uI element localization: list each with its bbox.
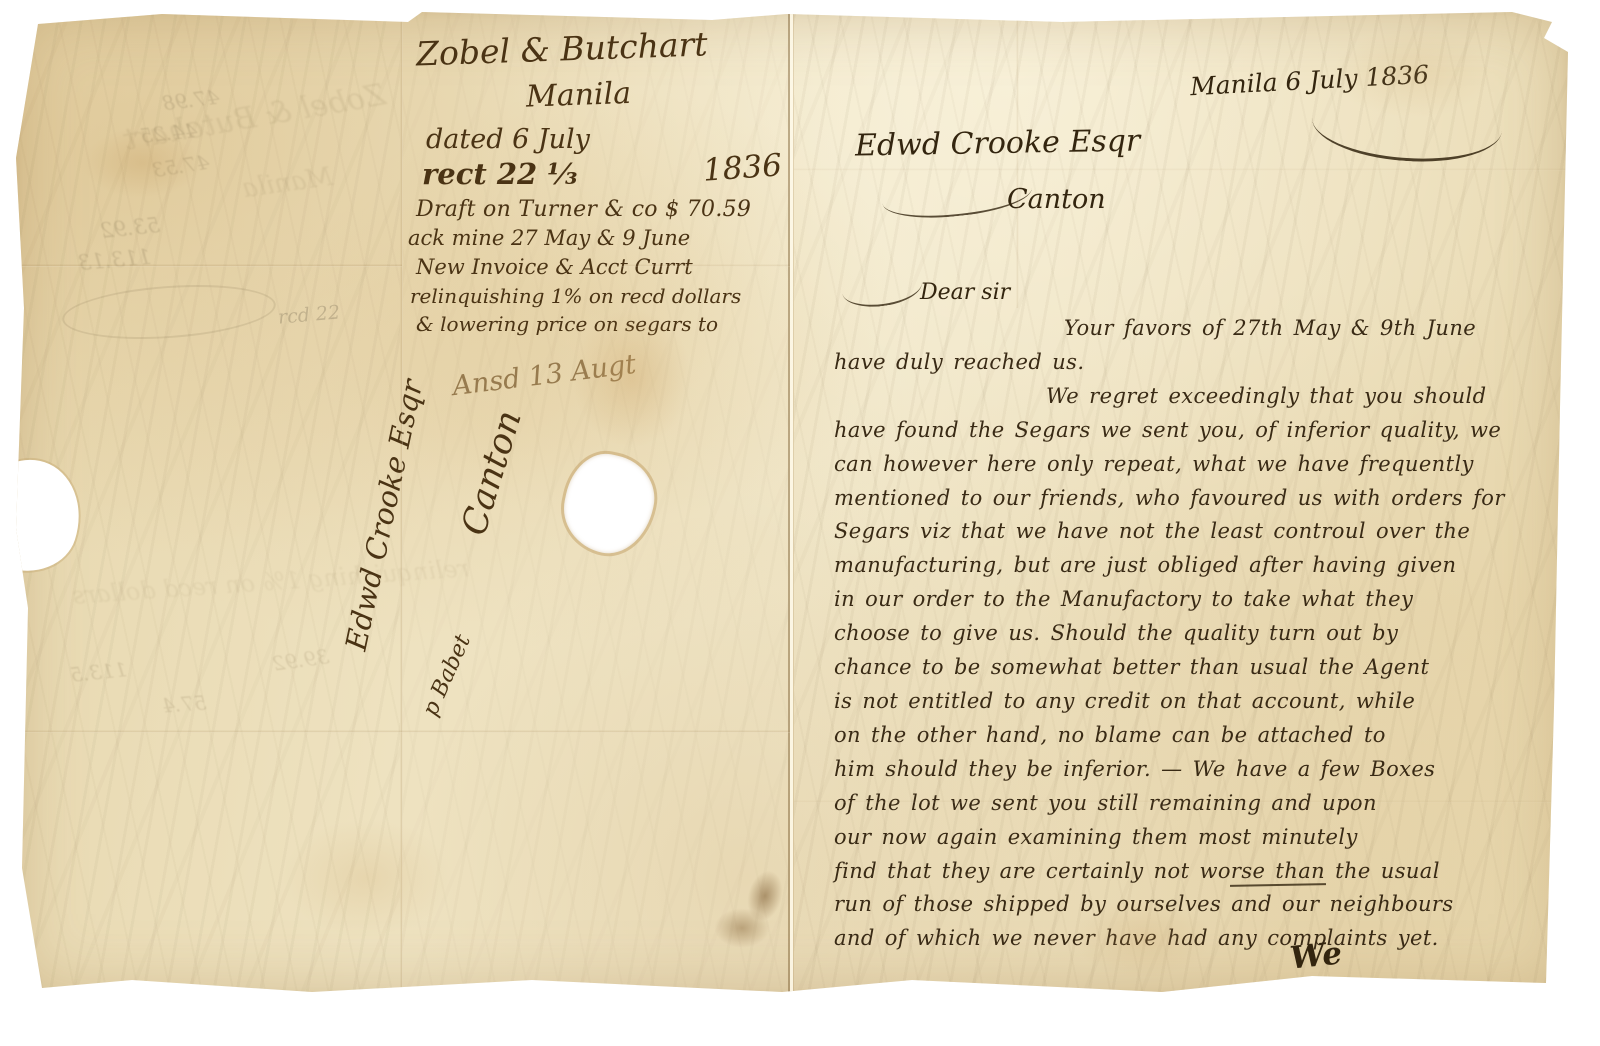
catchword: We xyxy=(1288,935,1343,976)
ghost-number: 39.92 xyxy=(271,644,331,676)
fold-crease xyxy=(12,730,790,733)
ghost-docket-line: relinquishing 1% on recd dollars xyxy=(72,554,470,610)
paper-stain xyxy=(282,818,452,938)
body-line: him should they be inferior. — We have a… xyxy=(834,753,1564,787)
ghost-number: 57.4 xyxy=(161,690,207,717)
docket-block: Zobel & Butchart Manila dated 6 July rec… xyxy=(416,28,788,336)
body-line: chance to be somewhat better than usual … xyxy=(834,651,1564,685)
letter-body: Your favors of 27th May & 9th June have … xyxy=(834,312,1564,956)
docket-invoice: New Invoice & Acct Currt xyxy=(416,255,788,279)
dateline: Manila 6 July 1836 xyxy=(1189,60,1429,101)
body-line: have duly reached us. xyxy=(834,346,1564,380)
body-line: run of those shipped by ourselves and ou… xyxy=(834,888,1564,922)
paper-tear-left-edge xyxy=(0,447,95,585)
dateline-flourish xyxy=(1310,81,1505,167)
salutation: Dear sir xyxy=(920,280,1010,305)
body-line: find that they are certainly not worse t… xyxy=(834,855,1564,889)
fold-crease xyxy=(794,168,1572,171)
docket-relinquish: relinquishing 1% on recd dollars xyxy=(410,284,788,308)
address-name-rotated: Edwd Crooke Esqr xyxy=(336,365,432,666)
ghost-number: 47.53 xyxy=(150,150,210,183)
docket-sender: Zobel & Butchart xyxy=(415,22,788,74)
ghost-docket-line: Manila xyxy=(240,162,334,204)
recipient-city: Canton xyxy=(1007,184,1106,215)
letter-paper: Zobel & Butchart Manila relinquishing 1%… xyxy=(12,8,1572,998)
body-line: our now again examining them most minute… xyxy=(834,821,1564,855)
body-line: choose to give us. Should the quality tu… xyxy=(834,617,1564,651)
docket-lowering: & lowering price on segars to xyxy=(416,312,788,336)
docket-date-group: dated 6 July rect 22 ⅓ 1836 xyxy=(416,124,788,191)
body-line: of the lot we sent you still remaining a… xyxy=(834,787,1564,821)
pencil-received-note: rcd 22 xyxy=(277,301,341,328)
body-line: on the other hand, no blame can be attac… xyxy=(834,719,1564,753)
recipient-name: Edwd Crooke Esqr xyxy=(855,124,1141,164)
docket-year: 1836 xyxy=(702,147,783,188)
body-line: is not entitled to any credit on that ac… xyxy=(834,685,1564,719)
ghost-number: 113.5 xyxy=(69,657,128,687)
body-line: and of which we never have had any compl… xyxy=(834,922,1564,956)
body-line: mentioned to our friends, who favoured u… xyxy=(834,482,1564,516)
paper-nick-left-edge xyxy=(0,630,26,660)
body-line: in our order to the Manufactory to take … xyxy=(834,583,1564,617)
docket-draft: Draft on Turner & co $ 70.59 xyxy=(416,197,788,222)
sheet-edge xyxy=(788,8,794,998)
body-line: manufacturing, but are just obliged afte… xyxy=(834,549,1564,583)
scanned-letter: Zobel & Butchart Manila relinquishing 1%… xyxy=(0,0,1600,1046)
salutation-flourish xyxy=(840,265,924,312)
ghost-number: 53.92 xyxy=(99,213,161,243)
ship-note-rotated: p Babet xyxy=(411,616,483,736)
ghost-number: 113.13 xyxy=(77,245,152,275)
body-line: can however here only repeat, what we ha… xyxy=(834,448,1564,482)
body-line: Your favors of 27th May & 9th June xyxy=(1064,312,1564,346)
fold-crease xyxy=(12,264,402,267)
body-line: Segars viz that we have not the least co… xyxy=(834,515,1564,549)
ink-stain xyxy=(742,866,788,925)
paper-hole xyxy=(556,447,662,561)
ink-stain xyxy=(714,908,770,948)
docket-place: Manila xyxy=(525,70,788,114)
body-line: have found the Segars we sent you, of in… xyxy=(834,414,1564,448)
body-line: We regret exceedingly that you should xyxy=(1046,380,1564,414)
docket-ack: ack mine 27 May & 9 June xyxy=(408,226,788,250)
ghost-oval-scrawl xyxy=(60,279,277,346)
